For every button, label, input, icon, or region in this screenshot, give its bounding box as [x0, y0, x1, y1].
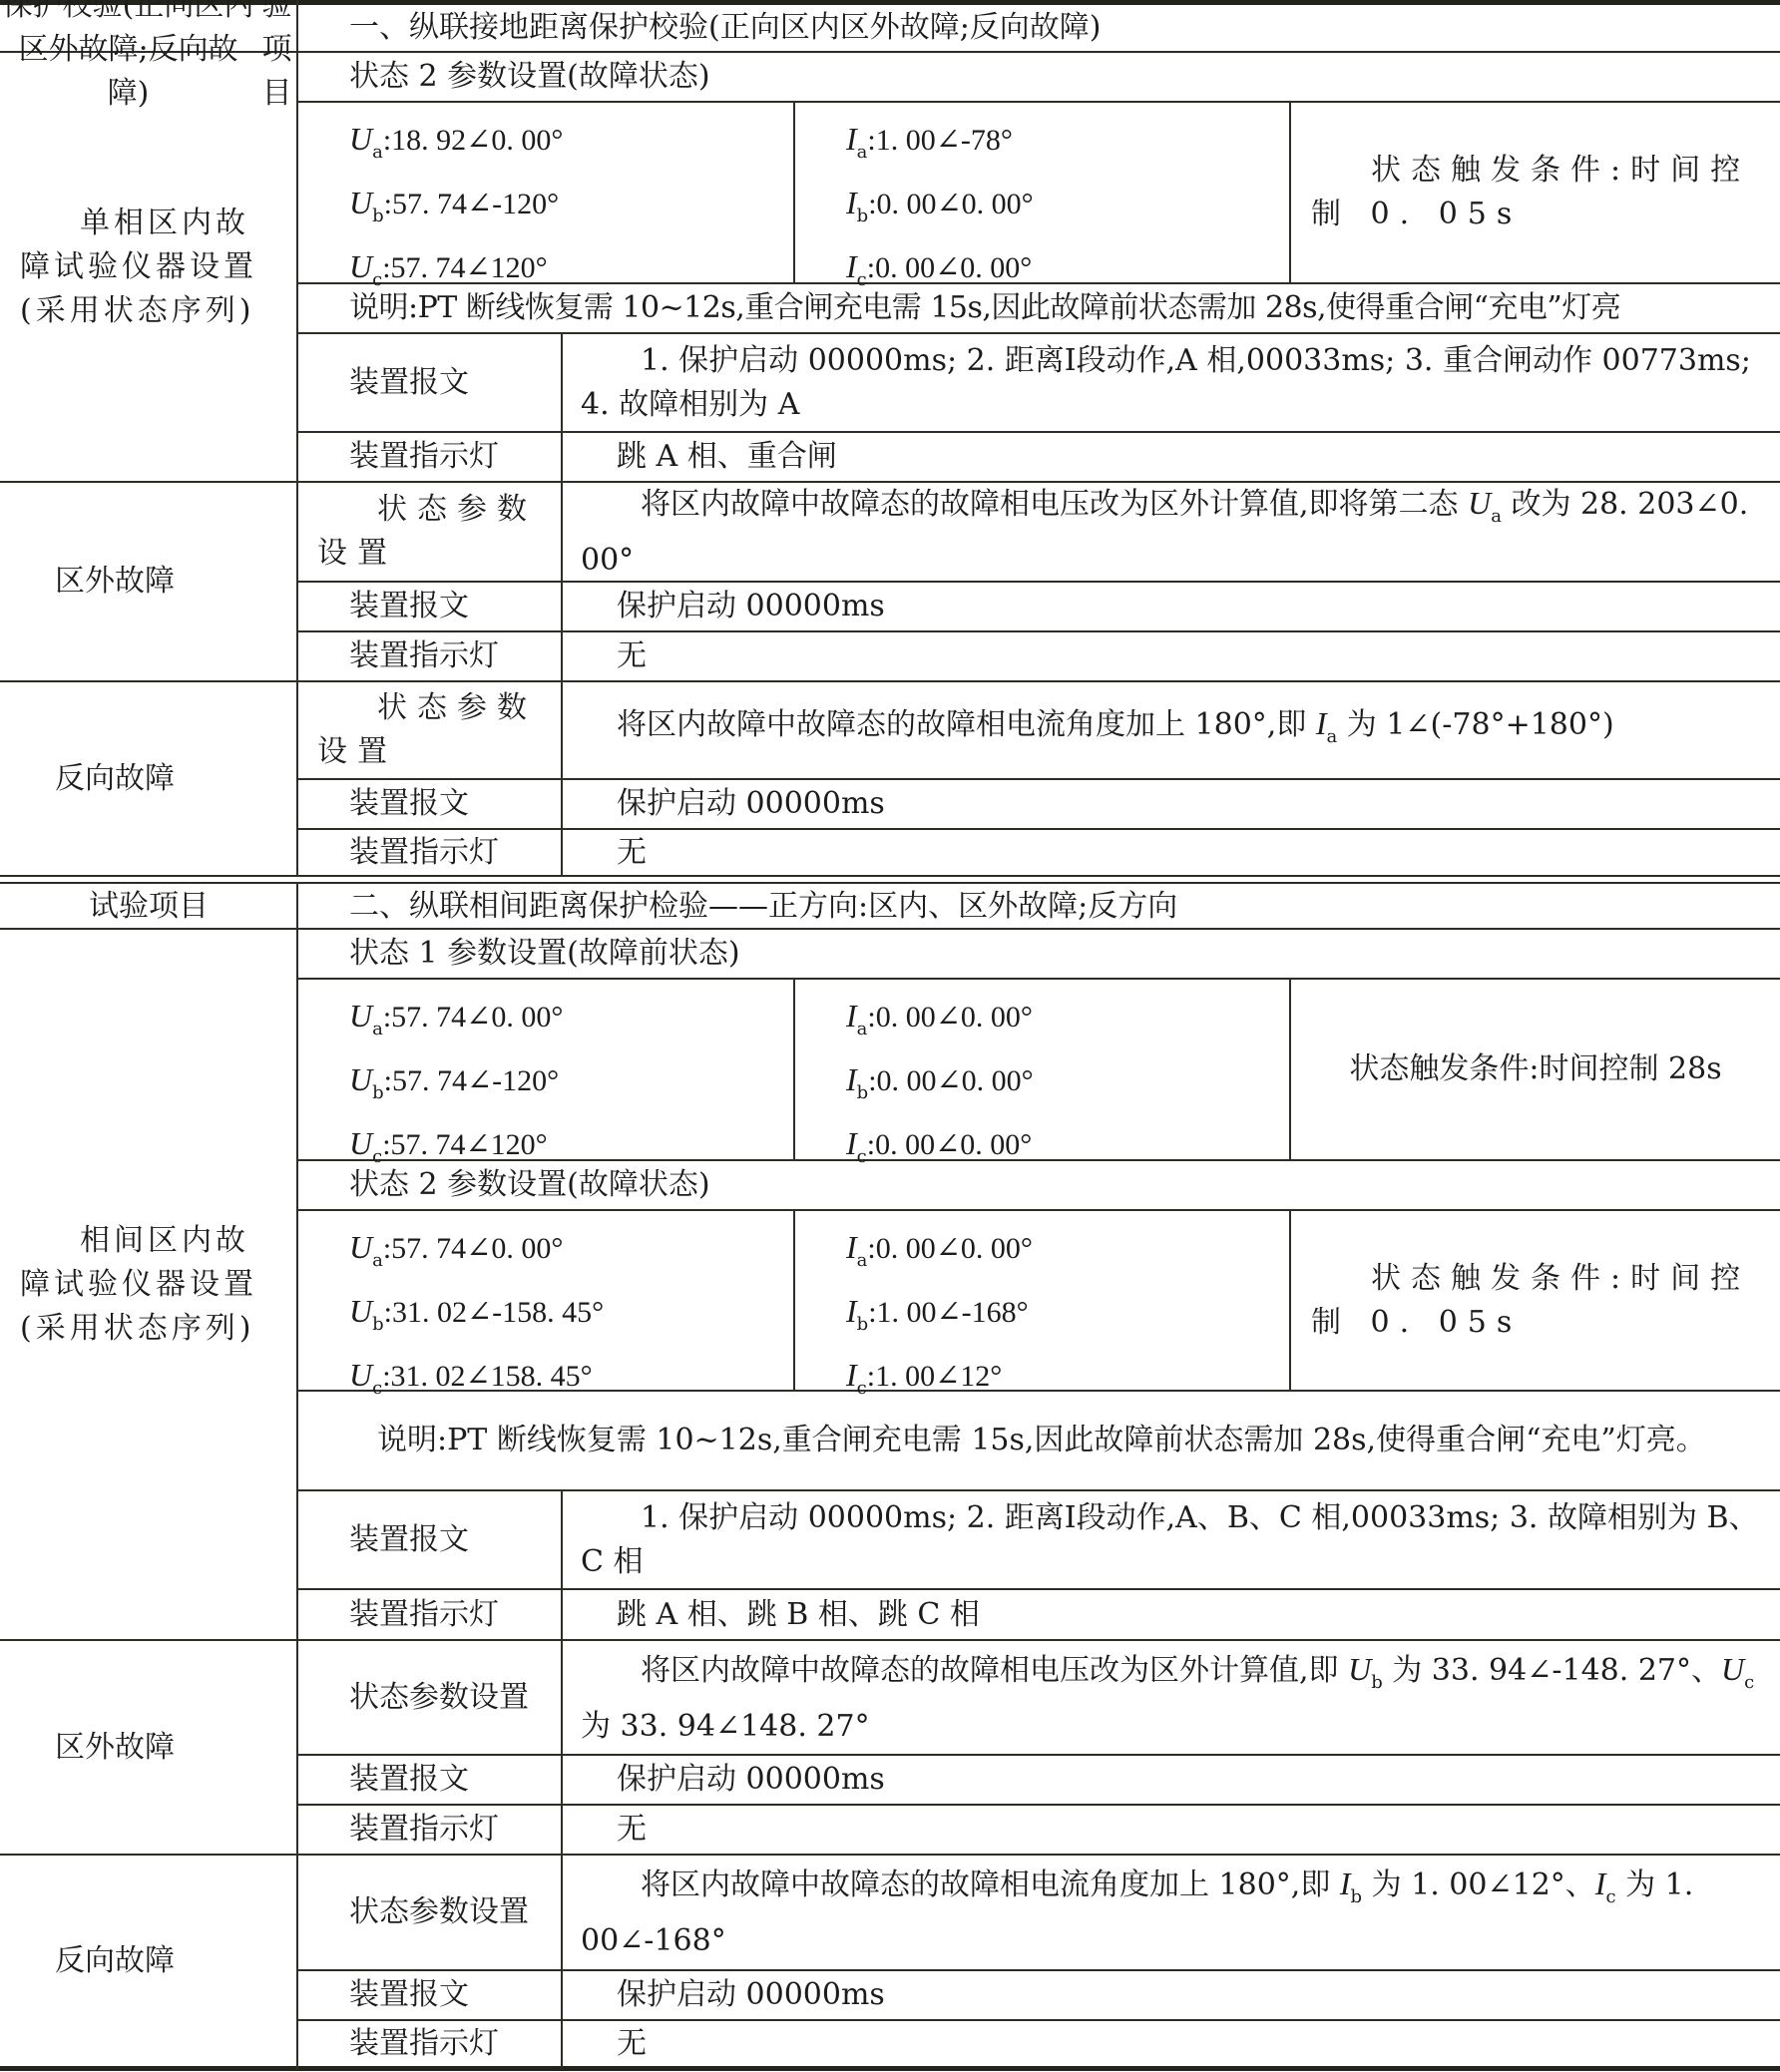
section2-group2-param-value: 将区内故障中故障态的故障相电压改为区外计算值,即 Ub 为 33. 94∠-14…	[581, 1640, 1774, 1755]
voltage-a: Ua:57. 74∠0. 00°	[349, 991, 788, 1054]
section1-group2-report-label: 装置报文	[349, 582, 559, 631]
col-rule	[296, 883, 298, 2070]
col-rule	[561, 1489, 563, 2068]
col-rule	[296, 0, 298, 876]
section2-state1-voltages: Ua:57. 74∠0. 00° Ub:57. 74∠-120° Uc:57. …	[349, 991, 788, 1182]
section1-voltages: Ua:18. 92∠0. 00° Ub:57. 74∠-120° Uc:57. …	[349, 114, 788, 305]
section2-group2-label: 区外故障	[55, 1640, 284, 1855]
section1-group3-label: 反向故障	[55, 681, 284, 876]
section1-group3-report-value: 保护启动 00000ms	[617, 779, 1764, 829]
current-b: Ib:0. 00∠0. 00°	[846, 178, 1285, 241]
current-a: Ia:0. 00∠0. 00°	[846, 991, 1285, 1054]
section1-group2-report-value: 保护启动 00000ms	[617, 582, 1764, 631]
test-table: 一、纵联接地距离保护校验(正向区内区外故障;反向故障) 试验项目 一、纵联接地距…	[0, 0, 1780, 2072]
section1-group3-indicator-value: 无	[617, 829, 1764, 876]
section2-state1-currents: Ia:0. 00∠0. 00° Ib:0. 00∠0. 00° Ic:0. 00…	[846, 991, 1285, 1182]
section1-indicator-value: 跳 A 相、重合闸	[617, 432, 1764, 482]
section2-report-value: 1. 保护启动 00000ms; 2. 距离Ⅰ段动作,A、B、C 相,00033…	[581, 1490, 1768, 1589]
section2-state1-trigger: 状态触发条件:时间控制 28s	[1291, 979, 1780, 1160]
section1-state2-title: 状态 2 参数设置(故障状态)	[349, 52, 1766, 102]
section1-group3-indicator-label: 装置指示灯	[349, 829, 559, 876]
section2-state2-voltages: Ua:57. 74∠0. 00° Ub:31. 02∠-158. 45° Uc:…	[349, 1222, 788, 1414]
section2-group3-label: 反向故障	[55, 1855, 284, 2067]
section2-indicator-label: 装置指示灯	[349, 1589, 559, 1640]
section2-state1-title: 状态 1 参数设置(故障前状态)	[349, 929, 1766, 979]
section1-header-label: 一、纵联接地距离保护校验(正向区内区外故障;反向故障) 试验项目	[0, 4, 297, 52]
voltage-b: Ub:31. 02∠-158. 45°	[349, 1286, 788, 1350]
section1-group3-report-label: 装置报文	[349, 779, 559, 829]
section1-report-label: 装置报文	[349, 333, 559, 432]
voltage-b: Ub:57. 74∠-120°	[349, 178, 788, 241]
section1-group3-param-label: 状态参数设置	[317, 681, 547, 779]
section1-header-title: 一、纵联接地距离保护校验(正向区内区外故障;反向故障)	[349, 4, 1766, 52]
section2-group3-param-label: 状态参数设置	[349, 1855, 559, 1970]
col-rule	[793, 978, 795, 1160]
section2-group3-report-value: 保护启动 00000ms	[617, 1970, 1764, 2020]
section2-state2-currents: Ia:0. 00∠0. 00° Ib:1. 00∠-168° Ic:1. 00∠…	[846, 1222, 1285, 1414]
section2-report-label: 装置报文	[349, 1490, 559, 1589]
current-b: Ib:0. 00∠0. 00°	[846, 1054, 1285, 1118]
section2-group1-label: 相间区内故障试验仪器设置(采用状态序列)	[20, 929, 281, 1640]
section2-header-label: 试验项目	[0, 884, 297, 929]
col-rule	[1289, 1209, 1291, 1391]
col-rule	[793, 1209, 795, 1391]
current-b: Ib:1. 00∠-168°	[846, 1286, 1285, 1350]
section2-group2-indicator-label: 装置指示灯	[349, 1805, 559, 1855]
section1-group2-param-label: 状态参数设置	[317, 482, 547, 582]
voltage-a: Ua:18. 92∠0. 00°	[349, 114, 788, 178]
header-title-text: 一、纵联接地距离保护校验(正向区内区外故障;反向故障)	[349, 6, 1102, 50]
section1-report-value: 1. 保护启动 00000ms; 2. 距离Ⅰ段动作,A 相,00033ms; …	[581, 333, 1758, 432]
section2-group3-indicator-label: 装置指示灯	[349, 2020, 559, 2067]
col-rule	[793, 101, 795, 283]
section1-indicator-label: 装置指示灯	[349, 432, 559, 482]
section1-group2-indicator-value: 无	[617, 631, 1764, 681]
section1-group2-indicator-label: 装置指示灯	[349, 631, 559, 681]
section1-group2-param-value: 将区内故障中故障态的故障相电压改为区外计算值,即将第二态 Ua 改为 28. 2…	[581, 482, 1768, 582]
section2-group2-report-label: 装置报文	[349, 1755, 559, 1805]
section2-group3-param-value: 将区内故障中故障态的故障相电流角度加上 180°,即 Ib 为 1. 00∠12…	[581, 1855, 1774, 1970]
section2-group2-indicator-value: 无	[617, 1805, 1764, 1855]
col-rule	[1289, 101, 1291, 283]
current-a: Ia:0. 00∠0. 00°	[846, 1222, 1285, 1286]
section2-note: 说明:PT 断线恢复需 10~12s,重合闸充电需 15s,因此故障前状态需加 …	[317, 1391, 1766, 1490]
section2-state2-title: 状态 2 参数设置(故障状态)	[349, 1160, 1766, 1210]
voltage-a: Ua:57. 74∠0. 00°	[349, 1222, 788, 1286]
section1-trigger: 状态触发条件:时间控制 0. 05s	[1311, 102, 1766, 283]
section1-note: 说明:PT 断线恢复需 10~12s,重合闸充电需 15s,因此故障前状态需加 …	[349, 283, 1776, 333]
section2-group3-indicator-value: 无	[617, 2020, 1764, 2067]
section2-group3-report-label: 装置报文	[349, 1970, 559, 2020]
section2-group2-report-value: 保护启动 00000ms	[617, 1755, 1764, 1805]
section2-group2-param-label: 状态参数设置	[349, 1640, 559, 1755]
section1-group1-label: 单相区内故障试验仪器设置(采用状态序列)	[20, 52, 281, 482]
section2-header-title: 二、纵联相间距离保护检验——正方向:区内、区外故障;反方向	[349, 884, 1766, 929]
section2-state2-trigger: 状态触发条件:时间控制 0. 05s	[1311, 1210, 1766, 1391]
section1-group3-param-value: 将区内故障中故障态的故障相电流角度加上 180°,即 Ia 为 1∠(-78°+…	[617, 681, 1764, 779]
voltage-b: Ub:57. 74∠-120°	[349, 1054, 788, 1118]
section1-currents: Ia:1. 00∠-78° Ib:0. 00∠0. 00° Ic:0. 00∠0…	[846, 114, 1285, 305]
section1-group2-label: 区外故障	[55, 482, 284, 681]
col-rule	[561, 332, 563, 876]
current-a: Ia:1. 00∠-78°	[846, 114, 1285, 178]
section2-indicator-value: 跳 A 相、跳 B 相、跳 C 相	[617, 1589, 1764, 1640]
